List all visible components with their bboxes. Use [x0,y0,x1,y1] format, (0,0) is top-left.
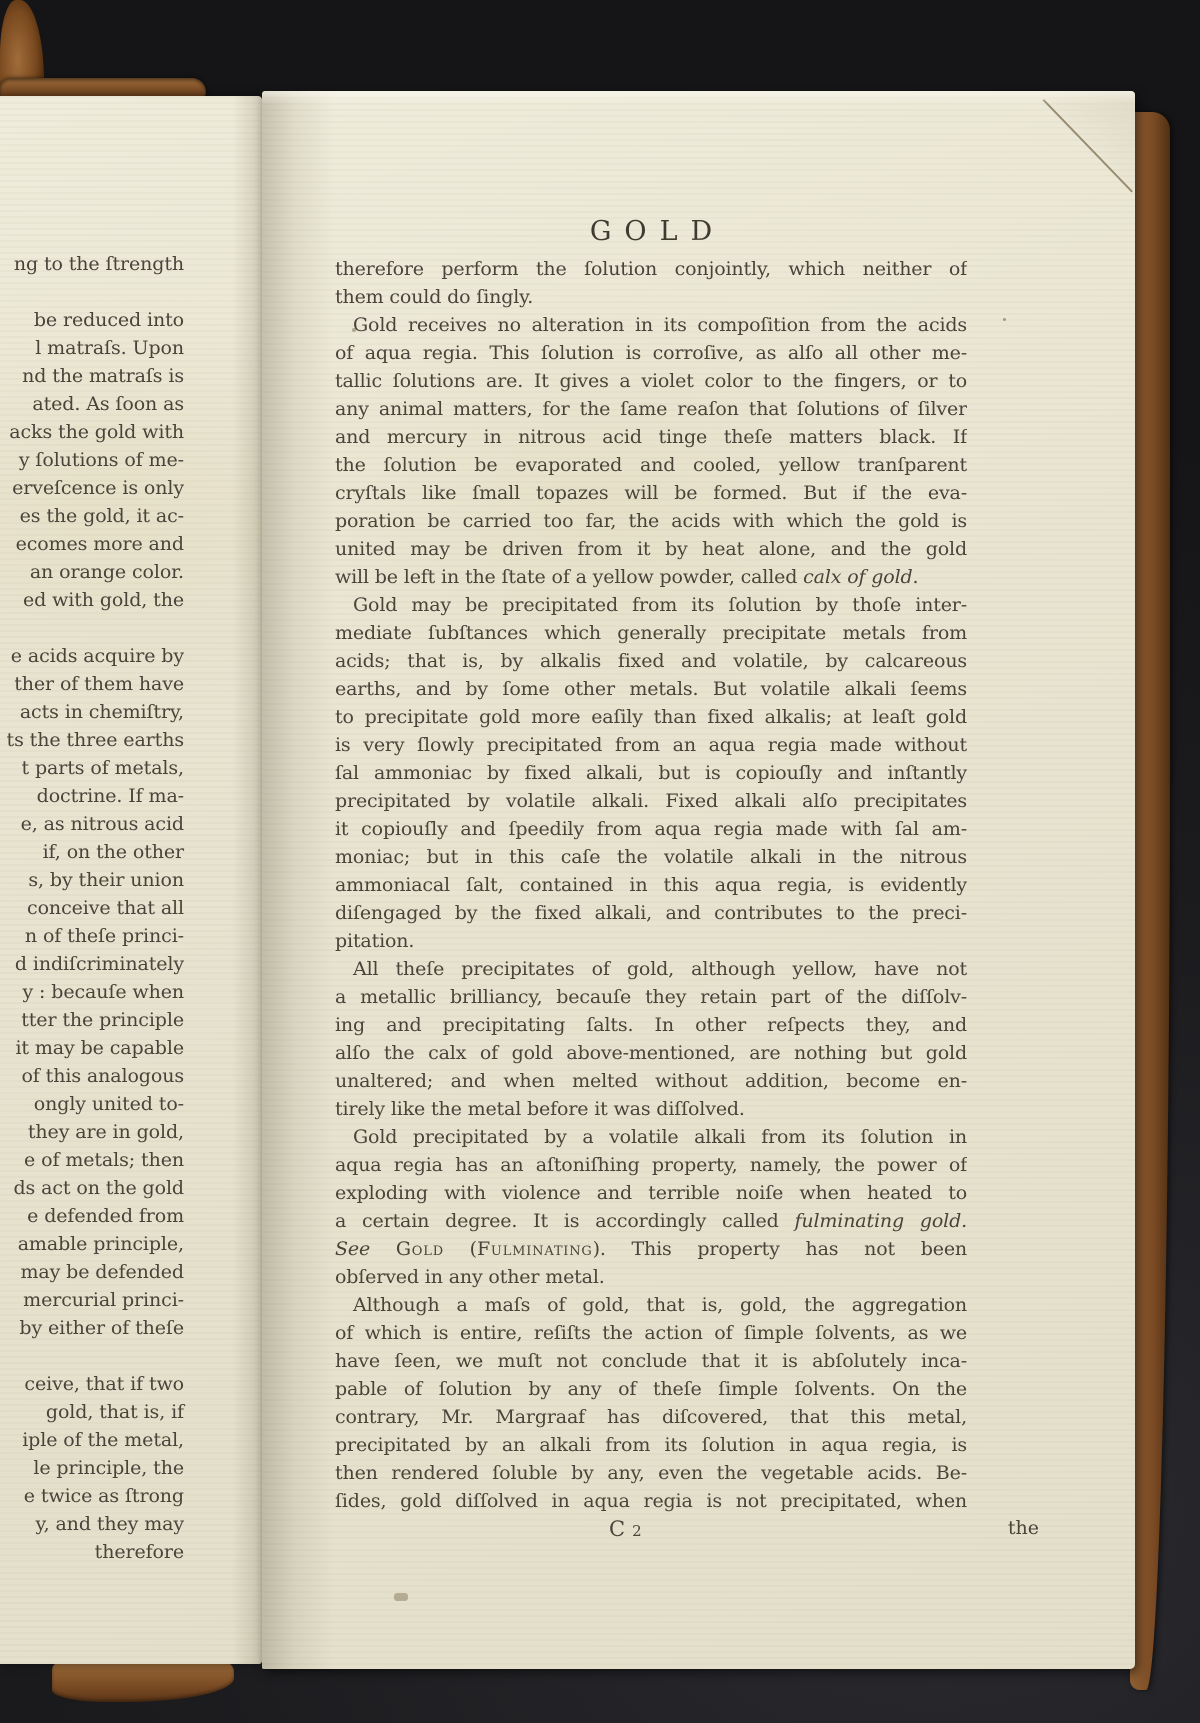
leather-edge-bottom-left [52,1662,234,1702]
text-line: ing and precipitating ſalts. In other re… [335,1011,967,1039]
text-line: amable principle, [0,1230,184,1258]
text-line: is very ſlowly precipitated from an aqua… [335,731,967,759]
text-line: alſo the calx of gold above-mentioned, a… [335,1039,967,1067]
text-line: ed with gold, the [0,586,184,614]
text-line: any animal matters, for the ſame reaſon … [335,395,967,423]
text-line: earths, and by ſome other metals. But vo… [335,675,967,703]
text-line: therefore perform the ſolution conjointl… [335,255,967,283]
text-line: to precipitate gold more eaſily than fix… [335,703,967,731]
text-line: they are in gold, [0,1118,184,1146]
text-line: precipitated by volatile alkali. Fixed a… [335,787,967,815]
text-line: ſal ammoniac by fixed alkali, but is cop… [335,759,967,787]
text-line [0,278,184,306]
text-line: a certain degree. It is accordingly call… [335,1207,967,1235]
text-line: exploding with violence and terrible noi… [335,1179,967,1207]
text-line: y, and they may [0,1510,184,1538]
text-line: ds act on the gold [0,1174,184,1202]
paper-speck [1003,318,1006,321]
text-line: s, by their union [0,866,184,894]
text-line: iple of the metal, [0,1426,184,1454]
text-line: a metallic brilliancy, becauſe they reta… [335,983,967,1011]
text-line: if, on the other [0,838,184,866]
text-line: will be left in the ſtate of a yellow po… [335,563,967,591]
text-line: of this analogous [0,1062,184,1090]
corner-fold-highlight [1039,91,1135,191]
text-line: then rendered ſoluble by any, even the v… [335,1459,967,1487]
text-line: them could do ſingly. [335,283,967,311]
text-line: may be defended [0,1258,184,1286]
text-line: mercurial princi- [0,1286,184,1314]
text-line: of which is entire, reſiſts the action o… [335,1319,967,1347]
text-line: ceive, that if two [0,1370,184,1398]
text-line: by either of theſe [0,1314,184,1342]
text-line: have ſeen, we muſt not conclude that it … [335,1347,967,1375]
left-page-text: ng to the ſtrengthbe reduced intol matra… [0,250,184,1566]
left-page: ng to the ſtrengthbe reduced intol matra… [0,96,262,1664]
text-line: pitation. [335,927,967,955]
text-line: e acids acquire by [0,642,184,670]
text-line: pable of ſolution by any of theſe ſimple… [335,1375,967,1403]
text-line: d indiſcriminately [0,950,184,978]
text-line: mediate ſubſtances which generally preci… [335,619,967,647]
text-line: conceive that all [0,894,184,922]
text-line: e twice as ſtrong [0,1482,184,1510]
text-line: the ſolution be evaporated and cooled, y… [335,451,967,479]
right-page: GOLD therefore perform the ſolution conj… [262,91,1135,1669]
text-line: ng to the ſtrength [0,250,184,278]
text-line: it copiouſly and ſpeedily from aqua regi… [335,815,967,843]
text-line: moniac; but in this caſe the volatile al… [335,843,967,871]
text-line: gold, that is, if [0,1398,184,1426]
paper-speck [394,1593,408,1601]
right-page-text: therefore perform the ſolution conjointl… [335,255,967,1515]
text-line: unaltered; and when melted without addit… [335,1067,967,1095]
text-line: All theſe precipitates of gold, although… [335,955,967,983]
text-line: be reduced into [0,306,184,334]
text-line: tallic ſolutions are. It gives a violet … [335,367,967,395]
text-line: diſengaged by the fixed alkali, and cont… [335,899,967,927]
text-line: ts the three earths [0,726,184,754]
text-line: acids; that is, by alkalis fixed and vol… [335,647,967,675]
text-line: an orange color. [0,558,184,586]
text-line: y : becauſe when [0,978,184,1006]
paper-speck [352,328,356,332]
text-line: l matraſs. Upon [0,334,184,362]
text-line [0,1342,184,1370]
photo-background: { "photo": { "background_color": "#1c1c1… [0,0,1200,1723]
text-line: ther of them have [0,670,184,698]
text-line: doctrine. If ma- [0,782,184,810]
text-line: e, as nitrous acid [0,810,184,838]
text-line: es the gold, it ac- [0,502,184,530]
signature-mark: C2 [609,1517,642,1541]
text-line: erveſcence is only [0,474,184,502]
page-heading: GOLD [335,217,967,251]
catchword: the [1008,1517,1039,1539]
text-line: precipitated by an alkali from its ſolut… [335,1431,967,1459]
text-line: contrary, Mr. Margraaf has diſcovered, t… [335,1403,967,1431]
text-line: Gold precipitated by a volatile alkali f… [335,1123,967,1151]
text-line: obſerved in any other metal. [335,1263,967,1291]
text-line: Although a maſs of gold, that is, gold, … [335,1291,967,1319]
text-line: y ſolutions of me- [0,446,184,474]
leather-edge-right [1130,112,1170,1690]
text-line: e of metals; then [0,1146,184,1174]
page-footer: C2 the [335,1517,967,1547]
text-line: e defended from [0,1202,184,1230]
text-line: it may be capable [0,1034,184,1062]
text-line: aqua regia has an aſtoniſhing property, … [335,1151,967,1179]
text-line: therefore [0,1538,184,1566]
text-line: ecomes more and [0,530,184,558]
text-line: t parts of metals, [0,754,184,782]
text-line: ongly united to- [0,1090,184,1118]
text-line: acks the gold with [0,418,184,446]
text-line: of aqua regia. This ſolution is corroſiv… [335,339,967,367]
text-line: tirely like the metal before it was diſſ… [335,1095,967,1123]
text-line: cryſtals like ſmall topazes will be form… [335,479,967,507]
text-line: ammoniacal ſalt, contained in this aqua … [335,871,967,899]
text-line: ſides, gold diſſolved in aqua regia is n… [335,1487,967,1515]
text-line: Gold may be precipitated from its ſoluti… [335,591,967,619]
text-line [0,614,184,642]
text-line: acts in chemiſtry, [0,698,184,726]
text-line: tter the principle [0,1006,184,1034]
text-line: See Gold (Fulminating). This property ha… [335,1235,967,1263]
text-line: nd the matraſs is [0,362,184,390]
text-line: and mercury in nitrous acid tinge theſe … [335,423,967,451]
text-line: le principle, the [0,1454,184,1482]
text-line: united may be driven from it by heat alo… [335,535,967,563]
text-line: ated. As ſoon as [0,390,184,418]
text-line: n of theſe princi- [0,922,184,950]
text-line: poration be carried too far, the acids w… [335,507,967,535]
text-line: Gold receives no alteration in its compo… [335,311,967,339]
